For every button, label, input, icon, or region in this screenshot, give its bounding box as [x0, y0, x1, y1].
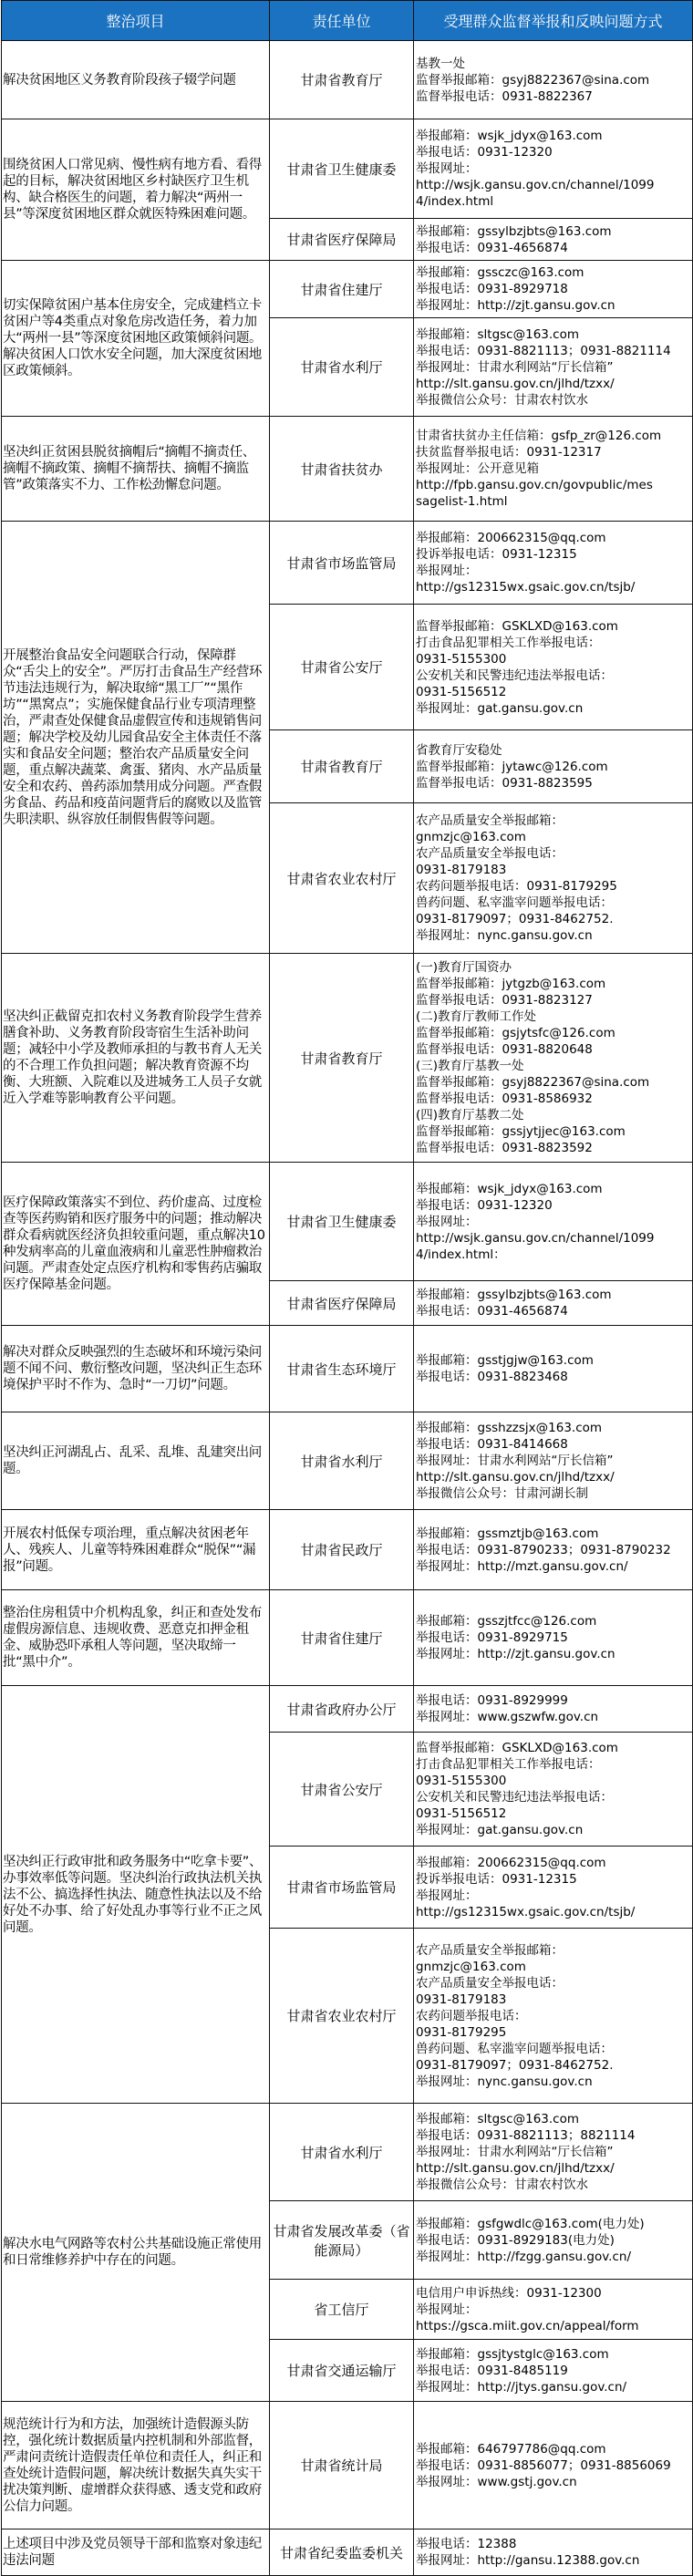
table-row: 解决贫困地区义务教育阶段孩子辍学问题甘肃省教育厅基教一处监督举报邮箱：gsyj8… [2, 41, 693, 119]
contact-link[interactable]: gnmzjc@163.com [416, 1959, 691, 1975]
rectification-item: 开展农村低保专项治理，重点解决贫困老年人、残疾人、儿童等特殊困难群众“脱保”“漏… [2, 1510, 270, 1590]
rectification-item: 上述项目中涉及党员领导干部和监察对象违纪违法问题 [2, 2529, 270, 2576]
header-item: 整治项目 [2, 1, 270, 41]
contact-link[interactable]: 举报邮箱：gssylbzjbts@163.com [416, 1287, 691, 1303]
contact-link[interactable]: 举报邮箱：gssczc@163.com [416, 264, 691, 281]
contact-link[interactable]: 监督举报邮箱：gsyj8822367@sina.com [416, 72, 691, 88]
contact-line: (三)教育厅基教一处 [416, 1058, 691, 1074]
contact-line: 举报电话：0931-8823468 [416, 1369, 691, 1385]
contact-methods: 举报邮箱：gssylbzjbts@163.com举报电话：0931-465687… [414, 1281, 693, 1326]
contact-line: 举报网址：公开意见箱 [416, 460, 691, 477]
contact-line: 公安机关和民警违纪违法举报电话： [416, 667, 691, 684]
responsible-unit: 甘肃省住建厅 [270, 1590, 414, 1686]
contact-line: 举报电话：0931-8821113；8821114 [416, 2127, 691, 2144]
contact-methods: 农产品质量安全举报邮箱：gnmzjc@163.com农产品质量安全举报电话：09… [414, 1929, 693, 2104]
contact-link[interactable]: 举报网址：http://fzgg.gansu.gov.cn/ [416, 2249, 691, 2265]
table-row: 坚决纠正河湖乱占、乱采、乱堆、乱建突出问题。甘肃省水利厅举报邮箱：gsshzzs… [2, 1412, 693, 1510]
rectification-item: 坚决纠正截留克扣农村义务教育阶段学生营养膳食补助、义务教育阶段寄宿生生活补助问题… [2, 954, 270, 1163]
contact-line: 农药问题举报电话： [416, 2008, 691, 2024]
contact-methods: 举报邮箱：gssczc@163.com举报电话：0931-8929718举报网址… [414, 261, 693, 318]
contact-line: 公安机关和民警违纪违法举报电话： [416, 1789, 691, 1805]
supervision-table: 整治项目 责任单位 受理群众监督举报和反映问题方式 解决贫困地区义务教育阶段孩子… [1, 0, 693, 2576]
contact-methods: 举报邮箱：gssmztjb@163.com举报电话：0931-8790233；0… [414, 1510, 693, 1590]
contact-link[interactable]: 举报邮箱：wsjk_jdyx@163.com [416, 1181, 691, 1197]
responsible-unit: 甘肃省生态环境厅 [270, 1326, 414, 1412]
contact-methods: 举报邮箱：wsjk_jdyx@163.com举报电话：0931-12320举报网… [414, 119, 693, 219]
contact-line: 0931-8179295 [416, 2024, 691, 2041]
contact-link[interactable]: 监督举报邮箱：jytgzb@163.com [416, 976, 691, 992]
contact-methods: 举报电话：0931-8929999举报网址：www.gszwfw.gov.cn [414, 1686, 693, 1733]
contact-line: 4/index.html： [416, 1247, 691, 1263]
contact-methods: 举报邮箱：wsjk_jdyx@163.com举报电话：0931-12320举报网… [414, 1163, 693, 1281]
contact-line: 举报网址：nync.gansu.gov.cn [416, 2074, 691, 2090]
contact-link[interactable]: 举报邮箱：646797786@qq.com [416, 2441, 691, 2457]
responsible-unit: 甘肃省教育厅 [270, 41, 414, 119]
contact-line: 省教育厅安稳处 [416, 742, 691, 759]
contact-line: 打击食品犯罪相关工作举报电话： [416, 1756, 691, 1773]
contact-methods: (一)教育厅国资办监督举报邮箱：jytgzb@163.com监督举报电话：093… [414, 954, 693, 1163]
responsible-unit: 甘肃省市场监管局 [270, 522, 414, 605]
responsible-unit: 甘肃省扶贫办 [270, 417, 414, 522]
contact-line: 举报电话：12388 [416, 2536, 691, 2552]
responsible-unit: 省工信厅 [270, 2280, 414, 2340]
contact-link[interactable]: 甘肃省扶贫办主任信箱：gsfp_zr@126.com [416, 428, 691, 444]
responsible-unit: 甘肃省教育厅 [270, 730, 414, 803]
rectification-item: 围绕贫困人口常见病、慢性病有地方看、看得起的目标，解决贫困地区乡村缺医疗卫生机构… [2, 119, 270, 261]
contact-link[interactable]: 举报邮箱：gsstjgjw@163.com [416, 1352, 691, 1369]
contact-line: 举报电话：0931-12320 [416, 144, 691, 160]
contact-line: 监督举报电话：0931-8823127 [416, 992, 691, 1009]
table-row: 整治住房租赁中介机构乱象，纠正和查处发布虚假房源信息、违规收费、恶意克扣押金租金… [2, 1590, 693, 1686]
contact-link[interactable]: 举报网址：http://zjt.gansu.gov.cn [416, 1646, 691, 1662]
contact-line: 举报电话：0931-8821113；0931-8821114 [416, 343, 691, 359]
contact-line: sagelist-1.html [416, 493, 691, 510]
contact-line: 0931-5155300 [416, 1773, 691, 1789]
contact-link[interactable]: 举报邮箱：wsjk_jdyx@163.com [416, 128, 691, 144]
contact-line: (二)教育厅教师工作处 [416, 1009, 691, 1025]
responsible-unit: 甘肃省公安厅 [270, 605, 414, 730]
contact-link[interactable]: gnmzjc@163.com [416, 829, 691, 845]
contact-methods: 甘肃省扶贫办主任信箱：gsfp_zr@126.com扶贫监督举报电话：0931-… [414, 417, 693, 522]
contact-line: 0931-5156512 [416, 1805, 691, 1822]
contact-methods: 举报邮箱：200662315@qq.com投诉举报电话：0931-12315举报… [414, 522, 693, 605]
contact-line: 举报电话：0931-8929718 [416, 281, 691, 297]
contact-line: 农产品质量安全举报邮箱： [416, 812, 691, 829]
contact-methods: 举报邮箱：sltgsc@163.com举报电话：0931-8821113；093… [414, 318, 693, 417]
contact-line: 举报电话：0931-4656874 [416, 240, 691, 256]
contact-line: 举报微信公众号：甘肃河湖长制 [416, 1485, 691, 1502]
contact-line: 农产品质量安全举报邮箱： [416, 1942, 691, 1959]
contact-link[interactable]: 举报邮箱：gsszjtfcc@126.com [416, 1613, 691, 1629]
table-row: 解决水电气网路等农村公共基础设施正常使用和日常维修养护中存在的问题。甘肃省水利厅… [2, 2104, 693, 2201]
contact-link[interactable]: 举报邮箱：200662315@qq.com [416, 1855, 691, 1871]
contact-methods: 基教一处监督举报邮箱：gsyj8822367@sina.com监督举报电话：09… [414, 41, 693, 119]
contact-line: 举报网址： [416, 563, 691, 579]
rectification-item: 开展整治食品安全问题联合行动，保障群众“舌尖上的安全”。严厉打击食品生产经营环节… [2, 522, 270, 954]
responsible-unit: 甘肃省水利厅 [270, 2104, 414, 2201]
contact-link[interactable]: http://wsjk.gansu.gov.cn/channel/1099 [416, 1230, 691, 1247]
contact-line: 农产品质量安全举报电话： [416, 845, 691, 862]
contact-line: 举报微信公众号：甘肃农村饮水 [416, 2177, 691, 2193]
contact-line: 扶贫监督举报电话：0931-12317 [416, 444, 691, 460]
responsible-unit: 甘肃省住建厅 [270, 261, 414, 318]
contact-line: 举报网址：gat.gansu.gov.cn [416, 700, 691, 717]
contact-line: 电信用户申诉热线：0931-12300 [416, 2285, 691, 2302]
contact-line: 举报网址：甘肃水利网站“厅长信箱” [416, 359, 691, 376]
contact-line: 举报微信公众号：甘肃农村饮水 [416, 392, 691, 409]
rectification-item: 坚决纠正河湖乱占、乱采、乱堆、乱建突出问题。 [2, 1412, 270, 1510]
table-row: 坚决纠正贫困县脱贫摘帽后“摘帽不摘责任、摘帽不摘政策、摘帽不摘帮扶、摘帽不摘监管… [2, 417, 693, 522]
table-row: 围绕贫困人口常见病、慢性病有地方看、看得起的目标，解决贫困地区乡村缺医疗卫生机构… [2, 119, 693, 219]
contact-line: 举报电话：0931-8929183(电力处) [416, 2232, 691, 2249]
contact-link[interactable]: 监督举报邮箱：GSKLXD@163.com [416, 1740, 691, 1756]
contact-line: 举报网址： [416, 160, 691, 177]
contact-methods: 举报邮箱：646797786@qq.com举报电话：0931-8856077；0… [414, 2402, 693, 2529]
responsible-unit: 甘肃省发展改革委（省能源局） [270, 2201, 414, 2280]
table-row: 开展农村低保专项治理，重点解决贫困老年人、残疾人、儿童等特殊困难群众“脱保”“漏… [2, 1510, 693, 1590]
responsible-unit: 甘肃省卫生健康委 [270, 1163, 414, 1281]
rectification-item: 解决对群众反映强烈的生态破坏和环境污染问题不闻不问、敷衍整改问题，坚决纠正生态环… [2, 1326, 270, 1412]
responsible-unit: 甘肃省政府办公厅 [270, 1686, 414, 1733]
table-row: 医疗保障政策落实不到位、药价虚高、过度检查等医药购销和医疗服务中的问题；推动解决… [2, 1163, 693, 1281]
contact-methods: 电信用户申诉热线：0931-12300举报网址：https://gsca.mii… [414, 2280, 693, 2340]
responsible-unit: 甘肃省水利厅 [270, 1412, 414, 1510]
contact-link[interactable]: 举报网址：http://mzt.gansu.gov.cn/ [416, 1558, 691, 1575]
contact-line: 0931-8179183 [416, 862, 691, 878]
contact-methods: 举报邮箱：sltgsc@163.com举报电话：0931-8821113；882… [414, 2104, 693, 2201]
contact-line: 举报电话：0931-8929715 [416, 1629, 691, 1646]
rectification-item: 规范统计行为和方法，加强统计造假源头防控，强化统计数据质量内控机制和外部监督，严… [2, 2402, 270, 2529]
rectification-item: 整治住房租赁中介机构乱象，纠正和查处发布虚假房源信息、违规收费、恶意克扣押金租金… [2, 1590, 270, 1686]
contact-link[interactable]: http://gs12315wx.gsaic.gov.cn/tsjb/ [416, 579, 691, 595]
table-body: 解决贫困地区义务教育阶段孩子辍学问题甘肃省教育厅基教一处监督举报邮箱：gsyj8… [2, 41, 693, 2576]
responsible-unit: 甘肃省卫生健康委 [270, 119, 414, 219]
responsible-unit: 甘肃省纪委监委机关 [270, 2529, 414, 2576]
contact-line: 兽药问题、私宰滥宰问题举报电话： [416, 2041, 691, 2057]
responsible-unit: 甘肃省农业农村厅 [270, 803, 414, 954]
contact-line: 0931-5156512 [416, 684, 691, 700]
contact-line: 举报电话：0931-8929999 [416, 1692, 691, 1709]
contact-link[interactable]: 监督举报邮箱：GSKLXD@163.com [416, 618, 691, 635]
table-row: 解决对群众反映强烈的生态破坏和环境污染问题不闻不问、敷衍整改问题，坚决纠正生态环… [2, 1326, 693, 1412]
contact-link[interactable]: 举报邮箱：200662315@qq.com [416, 530, 691, 546]
contact-line: (四)教育厅基教二处 [416, 1107, 691, 1123]
contact-link[interactable]: 举报网址：http://jtys.gansu.gov.cn/ [416, 2379, 691, 2395]
contact-line: 举报网址： [416, 1214, 691, 1230]
contact-line: 兽药问题、私宰滥宰问题举报电话： [416, 895, 691, 911]
rectification-item: 坚决纠正贫困县脱贫摘帽后“摘帽不摘责任、摘帽不摘政策、摘帽不摘帮扶、摘帽不摘监管… [2, 417, 270, 522]
contact-line: 举报电话：0931-8485119 [416, 2363, 691, 2379]
contact-line: 农药问题举报电话：0931-8179295 [416, 878, 691, 895]
contact-line: 举报电话：0931-8414668 [416, 1436, 691, 1453]
table-row: 坚决纠正截留克扣农村义务教育阶段学生营养膳食补助、义务教育阶段寄宿生生活补助问题… [2, 954, 693, 1163]
contact-methods: 举报邮箱：gsstjgjw@163.com举报电话：0931-8823468 [414, 1326, 693, 1412]
contact-link[interactable]: http://slt.gansu.gov.cn/jlhd/tzxx/ [416, 376, 691, 392]
contact-link[interactable]: http://wsjk.gansu.gov.cn/channel/1099 [416, 177, 691, 193]
contact-link[interactable]: https://gsca.miit.gov.cn/appeal/form [416, 2318, 691, 2334]
contact-line: 监督举报电话：0931-8586932 [416, 1091, 691, 1107]
responsible-unit: 甘肃省公安厅 [270, 1733, 414, 1847]
contact-methods: 举报邮箱：gsszjtfcc@126.com举报电话：0931-8929715举… [414, 1590, 693, 1686]
contact-line: 举报电话：0931-4656874 [416, 1303, 691, 1319]
contact-link[interactable]: 举报邮箱：gsshzzsjx@163.com [416, 1420, 691, 1436]
table-row: 上述项目中涉及党员领导干部和监察对象违纪违法问题甘肃省纪委监委机关举报电话：12… [2, 2529, 693, 2576]
contact-link[interactable]: 举报网址：http://gansu.12388.gov.cn [416, 2552, 691, 2569]
responsible-unit: 甘肃省医疗保障局 [270, 1281, 414, 1326]
contact-link[interactable]: 举报网址：www.gstj.gov.cn [416, 2474, 691, 2490]
contact-line: 0931-8179183 [416, 1991, 691, 2008]
contact-line: 0931-8179097；0931-8462752. [416, 2057, 691, 2074]
table-header-row: 整治项目 责任单位 受理群众监督举报和反映问题方式 [2, 1, 693, 41]
page: 整治项目 责任单位 受理群众监督举报和反映问题方式 解决贫困地区义务教育阶段孩子… [0, 0, 693, 2576]
contact-line: 监督举报电话：0931-8820648 [416, 1041, 691, 1058]
contact-line: 举报网址：gat.gansu.gov.cn [416, 1822, 691, 1838]
rectification-item: 解决贫困地区义务教育阶段孩子辍学问题 [2, 41, 270, 119]
contact-link[interactable]: 举报邮箱：gssylbzjbts@163.com [416, 223, 691, 240]
responsible-unit: 甘肃省水利厅 [270, 318, 414, 417]
contact-link[interactable]: 举报邮箱：gssmztjb@163.com [416, 1526, 691, 1542]
contact-line: 举报电话：0931-8790233；0931-8790232 [416, 1542, 691, 1558]
contact-link[interactable]: 举报网址：www.gszwfw.gov.cn [416, 1709, 691, 1725]
responsible-unit: 甘肃省农业农村厅 [270, 1929, 414, 2104]
contact-line: 打击食品犯罪相关工作举报电话： [416, 635, 691, 651]
contact-link[interactable]: http://fpb.gansu.gov.cn/govpublic/mes [416, 477, 691, 493]
contact-link[interactable]: 举报网址：http://zjt.gansu.gov.cn [416, 297, 691, 314]
responsible-unit: 甘肃省统计局 [270, 2402, 414, 2529]
rectification-item: 坚决纠正行政审批和政务服务中“吃拿卡要”、办事效率低等问题。坚决纠治行政执法机关… [2, 1686, 270, 2104]
contact-link[interactable]: http://slt.gansu.gov.cn/jlhd/tzxx/ [416, 2160, 691, 2177]
contact-line: 投诉举报电话：0931-12315 [416, 546, 691, 563]
table-row: 开展整治食品安全问题联合行动，保障群众“舌尖上的安全”。严厉打击食品生产经营环节… [2, 522, 693, 605]
contact-line: 举报网址：甘肃水利网站“厅长信箱” [416, 2144, 691, 2160]
header-unit: 责任单位 [270, 1, 414, 41]
contact-methods: 举报邮箱：200662315@qq.com投诉举报电话：0931-12315举报… [414, 1847, 693, 1929]
responsible-unit: 甘肃省医疗保障局 [270, 219, 414, 261]
contact-link[interactable]: http://slt.gansu.gov.cn/jlhd/tzxx/ [416, 1469, 691, 1485]
contact-methods: 监督举报邮箱：GSKLXD@163.com打击食品犯罪相关工作举报电话：0931… [414, 605, 693, 730]
contact-line: 举报网址： [416, 1888, 691, 1904]
rectification-item: 解决水电气网路等农村公共基础设施正常使用和日常维修养护中存在的问题。 [2, 2104, 270, 2402]
contact-line: 监督举报电话：0931-8823595 [416, 775, 691, 791]
contact-methods: 举报邮箱：gssylbzjbts@163.com举报电话：0931-465687… [414, 219, 693, 261]
contact-methods: 举报电话：12388举报网址：http://gansu.12388.gov.cn [414, 2529, 693, 2576]
contact-link[interactable]: 监督举报邮箱：gssjytjjec@163.com [416, 1123, 691, 1140]
contact-link[interactable]: 举报邮箱：sltgsc@163.com [416, 2111, 691, 2127]
contact-line: 举报网址： [416, 2302, 691, 2318]
contact-methods: 省教育厅安稳处监督举报邮箱：jytawc@126.com监督举报电话：0931-… [414, 730, 693, 803]
contact-line: 监督举报电话：0931-8822367 [416, 88, 691, 105]
contact-line: 0931-5155300 [416, 651, 691, 667]
contact-link[interactable]: 监督举报邮箱：jytawc@126.com [416, 759, 691, 775]
contact-link[interactable]: 监督举报邮箱：gsyj8822367@sina.com [416, 1074, 691, 1091]
contact-link[interactable]: 举报邮箱：gsfgwdlc@163.com(电力处) [416, 2216, 691, 2232]
contact-link[interactable]: 举报邮箱：gssjtystglc@163.com [416, 2346, 691, 2363]
contact-methods: 举报邮箱：gssjtystglc@163.com举报电话：0931-848511… [414, 2340, 693, 2402]
responsible-unit: 甘肃省交通运输厅 [270, 2340, 414, 2402]
contact-link[interactable]: http://gs12315wx.gsaic.gov.cn/tsjb/ [416, 1904, 691, 1920]
contact-line: 监督举报电话：0931-8823592 [416, 1140, 691, 1156]
responsible-unit: 甘肃省民政厅 [270, 1510, 414, 1590]
contact-line: 举报网址：甘肃水利网站“厅长信箱” [416, 1453, 691, 1469]
table-row: 切实保障贫困户基本住房安全，完成建档立卡贫困户等4类重点对象危房改造任务，着力加… [2, 261, 693, 318]
header-contact: 受理群众监督举报和反映问题方式 [414, 1, 693, 41]
contact-methods: 举报邮箱：gsfgwdlc@163.com(电力处)举报电话：0931-8929… [414, 2201, 693, 2280]
contact-line: 举报电话：0931-8856077；0931-8856069 [416, 2457, 691, 2474]
rectification-item: 医疗保障政策落实不到位、药价虚高、过度检查等医药购销和医疗服务中的问题；推动解决… [2, 1163, 270, 1326]
contact-link[interactable]: 举报邮箱：sltgsc@163.com [416, 326, 691, 343]
contact-line: (一)教育厅国资办 [416, 959, 691, 976]
contact-line: 4/index.html [416, 193, 691, 210]
responsible-unit: 甘肃省教育厅 [270, 954, 414, 1163]
responsible-unit: 甘肃省市场监管局 [270, 1847, 414, 1929]
contact-line: 基教一处 [416, 56, 691, 72]
contact-line: 举报网址：nync.gansu.gov.cn [416, 927, 691, 944]
table-row: 坚决纠正行政审批和政务服务中“吃拿卡要”、办事效率低等问题。坚决纠治行政执法机关… [2, 1686, 693, 1733]
contact-methods: 农产品质量安全举报邮箱：gnmzjc@163.com农产品质量安全举报电话：09… [414, 803, 693, 954]
contact-line: 投诉举报电话：0931-12315 [416, 1871, 691, 1888]
contact-line: 0931-8179097；0931-8462752. [416, 911, 691, 927]
contact-methods: 举报邮箱：gsshzzsjx@163.com举报电话：0931-8414668举… [414, 1412, 693, 1510]
contact-line: 举报电话：0931-12320 [416, 1197, 691, 1214]
table-row: 规范统计行为和方法，加强统计造假源头防控，强化统计数据质量内控机制和外部监督，严… [2, 2402, 693, 2529]
contact-line: 农产品质量安全举报电话： [416, 1975, 691, 1991]
rectification-item: 切实保障贫困户基本住房安全，完成建档立卡贫困户等4类重点对象危房改造任务，着力加… [2, 261, 270, 417]
contact-methods: 监督举报邮箱：GSKLXD@163.com打击食品犯罪相关工作举报电话：0931… [414, 1733, 693, 1847]
contact-link[interactable]: 监督举报邮箱：gsjytsfc@126.com [416, 1025, 691, 1041]
